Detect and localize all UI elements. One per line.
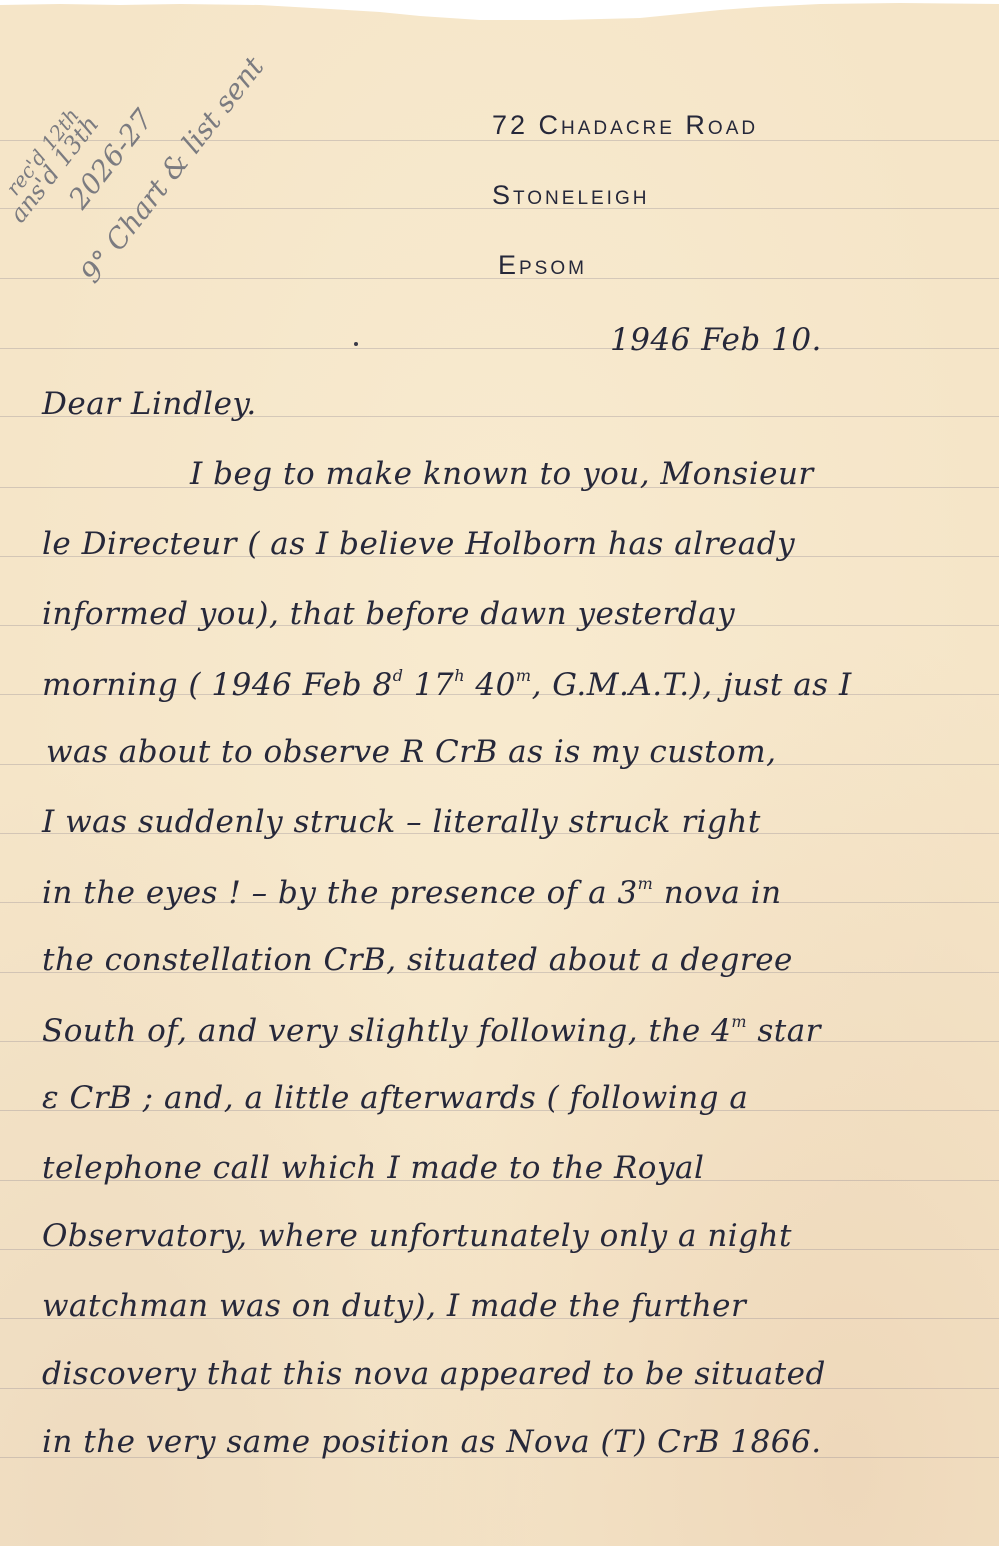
superscript-hour: h [454, 666, 465, 685]
body-text: , G.M.A.T.), just as I [532, 667, 852, 703]
address-street: 72 Chadacre Road [492, 110, 758, 141]
ink-dot [354, 342, 358, 346]
body-line: I was suddenly struck – literally struck… [42, 804, 761, 840]
body-line: the constellation CrB, situated about a … [42, 942, 793, 978]
body-line: was about to observe R CrB as is my cust… [46, 734, 776, 770]
address-district: Stoneleigh [492, 180, 649, 211]
body-text: morning ( 1946 Feb 8 [42, 667, 393, 703]
body-line: discovery that this nova appeared to be … [42, 1356, 826, 1392]
body-line: I beg to make known to you, Monsieur [190, 456, 814, 492]
body-line: le Directeur ( as I believe Holborn has … [42, 526, 795, 562]
ruled-line [0, 348, 999, 349]
superscript-magnitude: m [731, 1012, 747, 1031]
superscript-day: d [393, 666, 404, 685]
body-line: South of, and very slightly following, t… [42, 1012, 821, 1049]
body-line: Observatory, where unfortunately only a … [42, 1218, 792, 1254]
body-line: morning ( 1946 Feb 8d 17h 40m, G.M.A.T.)… [42, 666, 852, 703]
body-line: in the very same position as Nova (T) Cr… [42, 1424, 822, 1460]
body-line: watchman was on duty), I made the furthe… [42, 1288, 746, 1324]
body-line: in the eyes ! – by the presence of a 3m … [42, 874, 782, 911]
body-text: nova in [653, 875, 781, 911]
address-town: Epsom [498, 250, 587, 281]
superscript-magnitude: m [638, 874, 654, 893]
letter-date: 1946 Feb 10. [610, 322, 822, 358]
body-line: ε CrB ; and, a little afterwards ( follo… [42, 1080, 748, 1116]
letter-page: rec'd 12th ans'd 13th 2026-27 9° Chart &… [0, 0, 999, 1546]
body-line: informed you), that before dawn yesterda… [42, 596, 735, 632]
body-text: star [747, 1013, 821, 1049]
body-text: South of, and very slightly following, t… [42, 1013, 731, 1049]
salutation: Dear Lindley. [42, 386, 257, 422]
body-line: telephone call which I made to the Royal [42, 1150, 704, 1186]
torn-top-edge [0, 0, 999, 24]
superscript-minute: m [516, 666, 532, 685]
body-text: in the eyes ! – by the presence of a 3 [42, 875, 638, 911]
body-text: 40 [465, 667, 516, 703]
body-text: 17 [403, 667, 454, 703]
